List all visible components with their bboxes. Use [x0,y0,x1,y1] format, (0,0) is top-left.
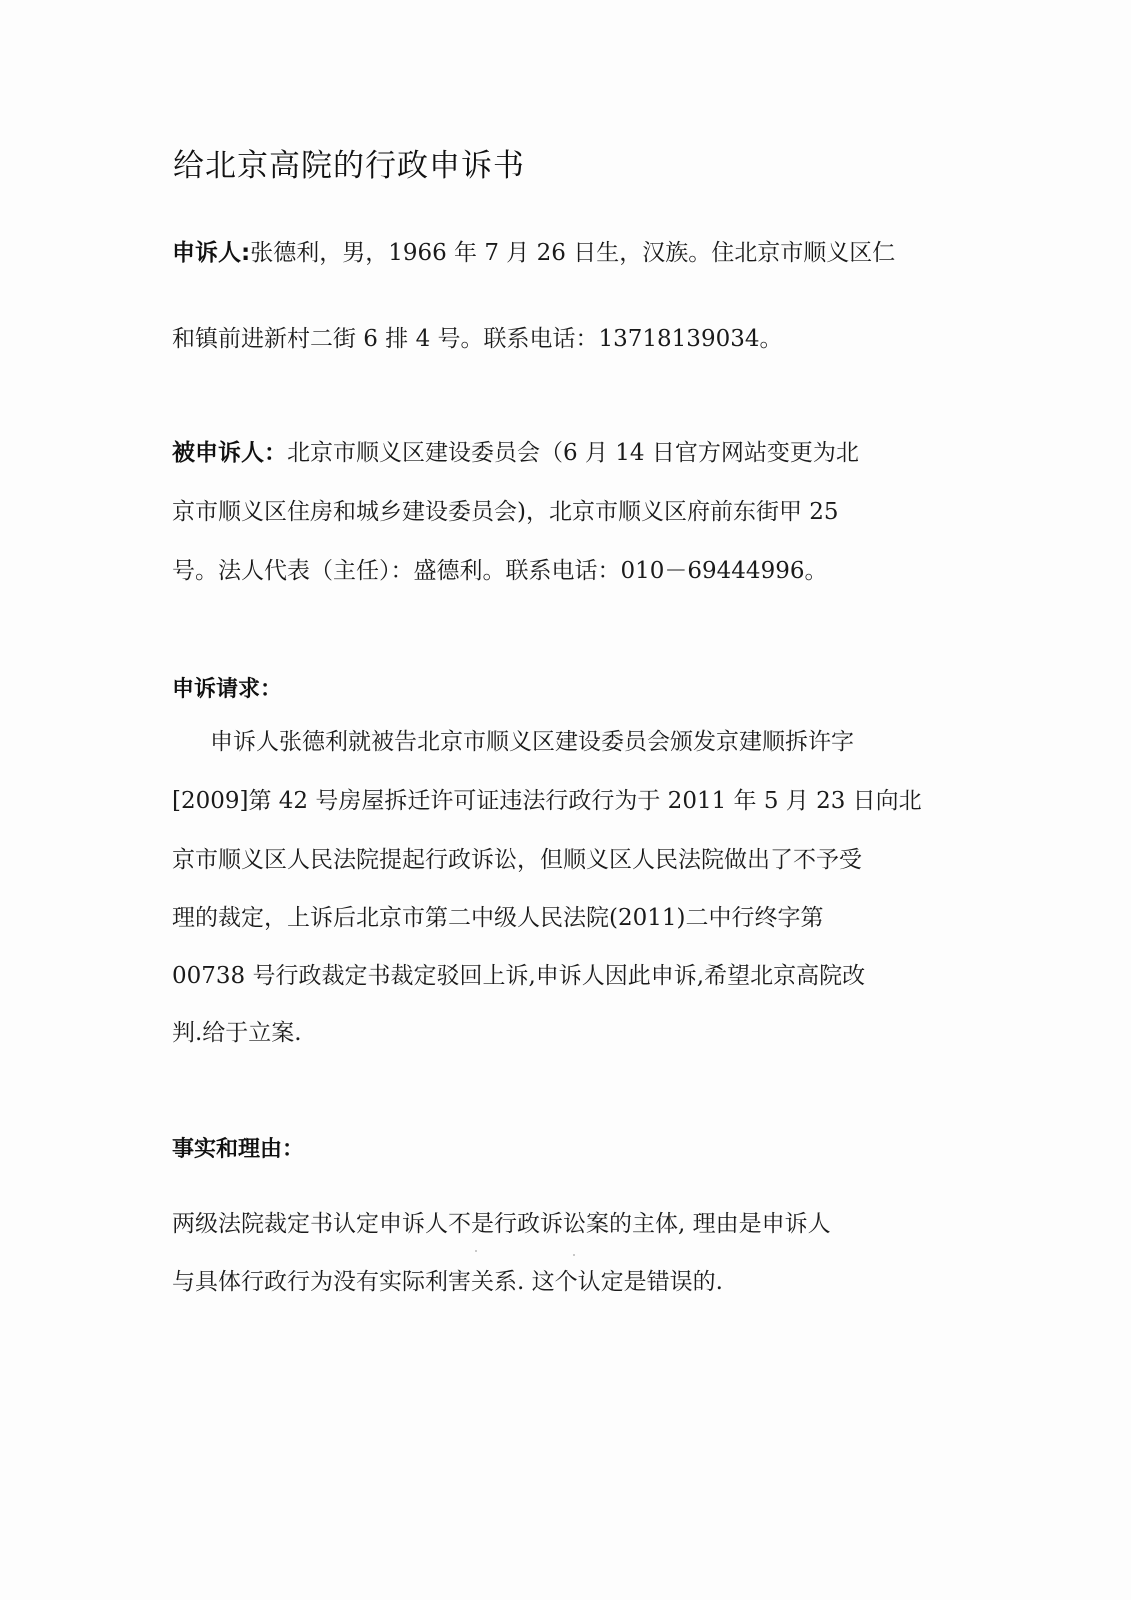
respondent-label: 被申诉人： [172,440,287,466]
document-title: 给北京高院的行政申诉书 [173,140,525,185]
facts-line: 与具体行政行为没有实际利害关系. 这个认定是错误的. [172,1267,723,1297]
respondent-info-3: 号。法人代表（主任）：盛德利。联系电话：010－69444996。 [172,556,827,586]
request-line: [2009]第 42 号房屋拆迁许可证违法行政行为于 2011 年 5 月 23… [172,786,922,816]
facts-line: 两级法院裁定书认定申诉人不是行政诉讼案的主体, 理由是申诉人 [172,1209,831,1239]
request-heading: 申诉请求： [172,672,282,703]
request-line: 00738 号行政裁定书裁定驳回上诉,申诉人因此申诉,希望北京高院改 [172,961,865,991]
appellant-info-1: 张德利，男，1966 年 7 月 26 日生，汉族。住北京市顺义区仁 [250,240,895,266]
scan-artifact [573,1254,575,1256]
appellant-label: 申诉人: [172,240,250,266]
facts-heading: 事实和理由： [172,1132,304,1163]
respondent-info-2: 京市顺义区住房和城乡建设委员会)，北京市顺义区府前东街甲 25 [172,497,839,527]
request-line: 理的裁定，上诉后北京市第二中级人民法院(2011)二中行终字第 [172,903,823,933]
appellant-line-1: 申诉人:张德利，男，1966 年 7 月 26 日生，汉族。住北京市顺义区仁 [172,238,895,268]
scan-artifact [475,1250,477,1252]
request-line: 判.给于立案. [172,1018,302,1048]
request-line: 申诉人张德利就被告北京市顺义区建设委员会颁发京建顺拆许字 [210,727,854,757]
request-line: 京市顺义区人民法院提起行政诉讼，但顺义区人民法院做出了不予受 [172,845,862,875]
respondent-line-1: 被申诉人：北京市顺义区建设委员会（6 月 14 日官方网站变更为北 [172,438,859,468]
scanned-document-page: 给北京高院的行政申诉书 申诉人:张德利，男，1966 年 7 月 26 日生，汉… [0,0,1131,1600]
scan-artifact [760,246,762,248]
respondent-info-1: 北京市顺义区建设委员会（6 月 14 日官方网站变更为北 [287,440,859,466]
appellant-info-2: 和镇前进新村二街 6 排 4 号。联系电话：13718139034。 [172,324,782,354]
